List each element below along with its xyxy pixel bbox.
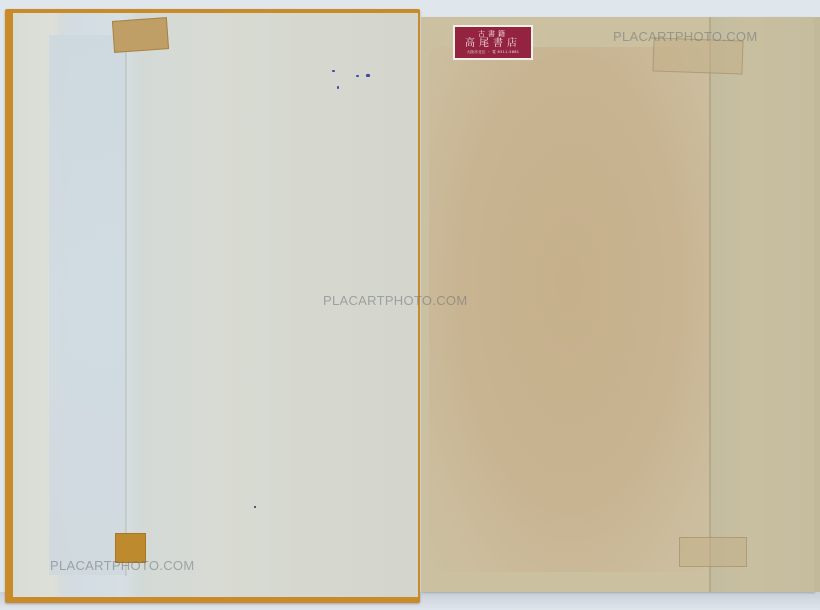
right-endpaper-page xyxy=(421,17,814,592)
tape-ghost-bottom xyxy=(679,537,747,567)
seller-category: 古書籍 xyxy=(478,31,508,38)
bookseller-label: 古書籍 高尾書店 大阪市北区 ・ 電 6311-5681 xyxy=(453,25,533,60)
ink-spot xyxy=(337,86,339,89)
seller-name: 高尾書店 xyxy=(465,39,521,49)
ink-spot xyxy=(366,74,370,77)
watermark-center: PLACARTPHOTO.COM xyxy=(323,293,467,308)
ink-spot xyxy=(254,506,256,508)
seller-address: 大阪市北区 ・ 電 6311-5681 xyxy=(467,51,520,55)
ink-spot xyxy=(332,70,335,72)
watermark-top: PLACARTPHOTO.COM xyxy=(613,29,757,44)
ink-spot xyxy=(356,75,359,77)
tape-tab-top xyxy=(112,17,169,53)
page-edge xyxy=(814,17,820,592)
tape-residue-band xyxy=(49,35,126,575)
age-stain xyxy=(429,47,711,572)
watermark-bottom: PLACARTPHOTO.COM xyxy=(50,558,194,573)
right-margin-band xyxy=(711,17,814,592)
book-photo: 古書籍 高尾書店 大阪市北区 ・ 電 6311-5681 PLACARTPHOT… xyxy=(0,0,820,610)
band-edge-line xyxy=(125,31,127,576)
fold-line xyxy=(709,17,711,592)
